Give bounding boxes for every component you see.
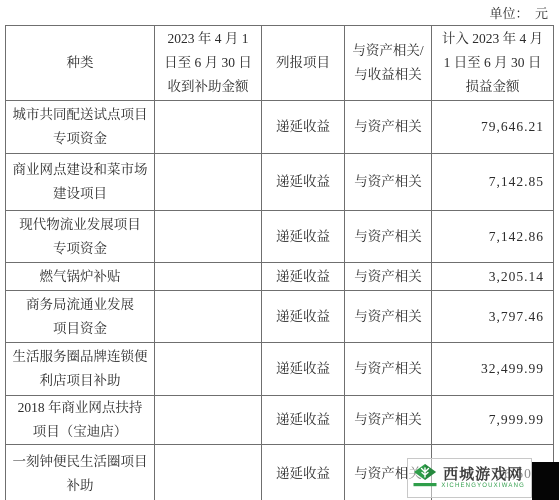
cell-category: 生活服务圈品牌连锁便 利店项目补助	[6, 343, 155, 396]
cell-received	[155, 396, 262, 445]
cell-relation: 与资产相关	[345, 396, 432, 445]
cell-category: 城市共同配送试点项目 专项资金	[6, 101, 155, 154]
cell-received	[155, 343, 262, 396]
cell-item: 递延收益	[262, 343, 345, 396]
unit-label: 单位： 元	[489, 3, 548, 22]
cell-item: 递延收益	[262, 101, 345, 154]
cell-item: 递延收益	[262, 445, 345, 500]
cell-amount: 7,142.85	[432, 154, 554, 211]
cell-received	[155, 445, 262, 500]
cell-received	[155, 291, 262, 343]
cell-relation: 与资产相关	[345, 154, 432, 211]
cell-category: 燃气锅炉补贴	[6, 263, 155, 291]
cell-amount: 7,142.86	[432, 211, 554, 263]
cell-received	[155, 101, 262, 154]
table-row: 城市共同配送试点项目 专项资金 递延收益 与资产相关 79,646.21	[6, 101, 554, 154]
cell-item: 递延收益	[262, 211, 345, 263]
subsidy-table: 种类 2023 年 4 月 1 日至 6 月 30 日 收到补助金额 列报项目 …	[5, 25, 554, 500]
watermark-black-box	[532, 462, 559, 500]
table-row: 2018 年商业网点扶持 项目（宝迪店） 递延收益 与资产相关 7,999.99	[6, 396, 554, 445]
cell-received	[155, 263, 262, 291]
cell-item: 递延收益	[262, 263, 345, 291]
table-row: 燃气锅炉补贴 递延收益 与资产相关 3,205.14	[6, 263, 554, 291]
header-relation: 与资产相关/ 与收益相关	[345, 26, 432, 101]
watermark-text: 西城游戏网 XICHENGYOUXIWANG	[441, 466, 525, 490]
cell-amount: 79,646.21	[432, 101, 554, 154]
cell-relation: 与资产相关	[345, 263, 432, 291]
table-row: 生活服务圈品牌连锁便 利店项目补助 递延收益 与资产相关 32,499.99	[6, 343, 554, 396]
cell-item: 递延收益	[262, 291, 345, 343]
header-received: 2023 年 4 月 1 日至 6 月 30 日 收到补助金额	[155, 26, 262, 101]
cell-amount: 32,499.99	[432, 343, 554, 396]
header-item: 列报项目	[262, 26, 345, 101]
cell-item: 递延收益	[262, 396, 345, 445]
cell-relation: 与资产相关	[345, 101, 432, 154]
watermark-box: 西城游戏网 XICHENGYOUXIWANG	[407, 458, 532, 498]
header-amount: 计入 2023 年 4 月 1 日至 6 月 30 日 损益金额	[432, 26, 554, 101]
watermark-site-name: 西城游戏网	[443, 466, 523, 483]
cell-category: 一刻钟便民生活圈项目 补助	[6, 445, 155, 500]
cell-relation: 与资产相关	[345, 291, 432, 343]
cell-amount: 3,205.14	[432, 263, 554, 291]
cell-category: 2018 年商业网点扶持 项目（宝迪店）	[6, 396, 155, 445]
table-header-row: 种类 2023 年 4 月 1 日至 6 月 30 日 收到补助金额 列报项目 …	[6, 26, 554, 101]
cell-received	[155, 211, 262, 263]
cell-relation: 与资产相关	[345, 343, 432, 396]
cell-relation: 与资产相关	[345, 211, 432, 263]
table-row: 现代物流业发展项目 专项资金 递延收益 与资产相关 7,142.86	[6, 211, 554, 263]
site-logo-icon	[413, 463, 437, 493]
cell-category: 现代物流业发展项目 专项资金	[6, 211, 155, 263]
table-row: 商务局流通业发展 项目资金 递延收益 与资产相关 3,797.46	[6, 291, 554, 343]
watermark-site-name-en: XICHENGYOUXIWANG	[441, 483, 525, 490]
cell-category: 商业网点建设和菜市场 建设项目	[6, 154, 155, 211]
cell-amount: 3,797.46	[432, 291, 554, 343]
table-row: 商业网点建设和菜市场 建设项目 递延收益 与资产相关 7,142.85	[6, 154, 554, 211]
site-watermark: 西城游戏网 XICHENGYOUXIWANG	[407, 458, 559, 500]
cell-category: 商务局流通业发展 项目资金	[6, 291, 155, 343]
cell-received	[155, 154, 262, 211]
cell-amount: 7,999.99	[432, 396, 554, 445]
cell-item: 递延收益	[262, 154, 345, 211]
header-category: 种类	[6, 26, 155, 101]
